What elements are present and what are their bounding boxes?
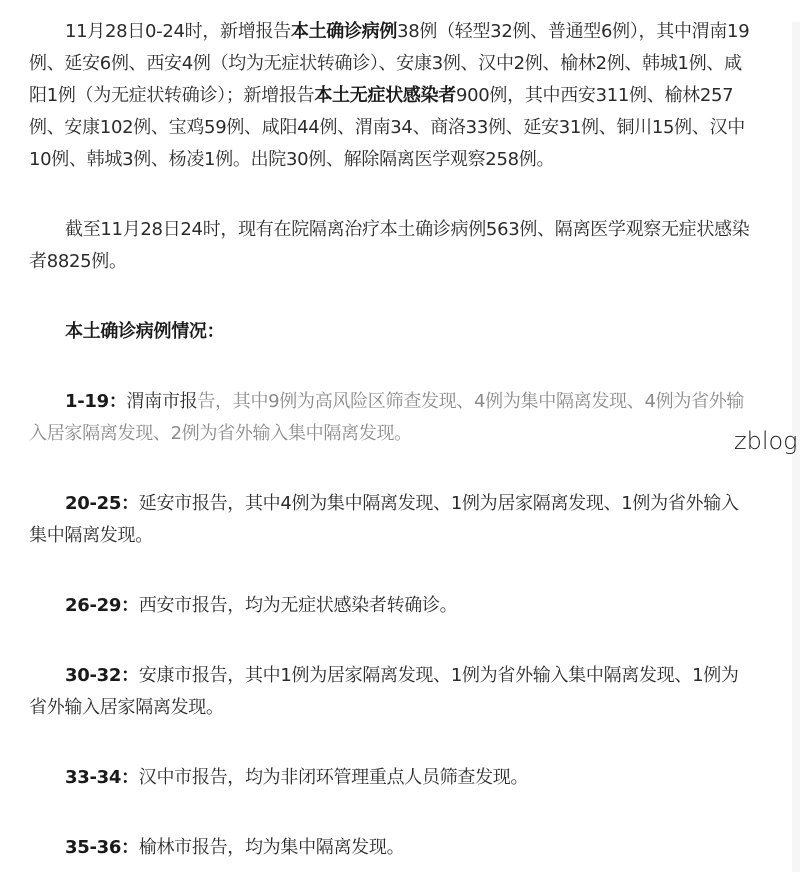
case-text: 汉中市报告，均为非闭环管理重点人员筛查发现。 — [139, 767, 528, 788]
case-range: 30-32： — [65, 665, 139, 686]
case-text: 渭南市报 — [127, 391, 198, 412]
text-segment: 11月28日0-24时，新增报告 — [65, 21, 291, 42]
case-text: 榆林市报告，均为集中隔离发现。 — [139, 837, 405, 858]
section-heading: 本土确诊病例情况： — [29, 316, 754, 348]
case-item-26-29: 26-29：西安市报告，均为无症状感染者转确诊。 — [29, 590, 754, 622]
case-range: 33-34： — [65, 767, 139, 788]
article-body: 11月28日0-24时，新增报告本土确诊病例38例（轻型32例、普通型6例），其… — [29, 0, 754, 864]
case-text-washed: 发现、2例为省外输入集中隔离发现。 — [118, 423, 412, 444]
cumulative-paragraph: 截至11月28日24时，现有在院隔离治疗本土确诊病例563例、隔离医学观察无症状… — [29, 214, 754, 278]
bold-local-asymptomatic: 本土无症状感染者 — [314, 85, 456, 106]
case-range: 20-25： — [65, 493, 139, 514]
case-item-20-25: 20-25：延安市报告，其中4例为集中隔离发现、1例为居家隔离发现、1例为省外输… — [29, 488, 754, 552]
zblog-watermark: zblog — [734, 427, 798, 455]
section-heading-text: 本土确诊病例情况： — [65, 321, 224, 342]
case-text: 西安市报告，均为无症状感染者转确诊。 — [139, 595, 458, 616]
case-item-33-34: 33-34：汉中市报告，均为非闭环管理重点人员筛查发现。 — [29, 762, 754, 794]
case-range: 26-29： — [65, 595, 139, 616]
bold-local-confirmed: 本土确诊病例 — [291, 21, 397, 42]
daily-report-paragraph: 11月28日0-24时，新增报告本土确诊病例38例（轻型32例、普通型6例），其… — [29, 16, 754, 176]
case-range: 35-36： — [65, 837, 139, 858]
case-item-35-36: 35-36：榆林市报告，均为集中隔离发现。 — [29, 832, 754, 864]
case-item-30-32: 30-32：安康市报告，其中1例为居家隔离发现、1例为省外输入集中隔离发现、1例… — [29, 660, 754, 724]
case-range: 1-19： — [65, 391, 127, 412]
case-item-1-19: 1-19：渭南市报告，其中9例为高风险区筛查发现、4例为集中隔离发现、4例为省外… — [29, 386, 754, 450]
